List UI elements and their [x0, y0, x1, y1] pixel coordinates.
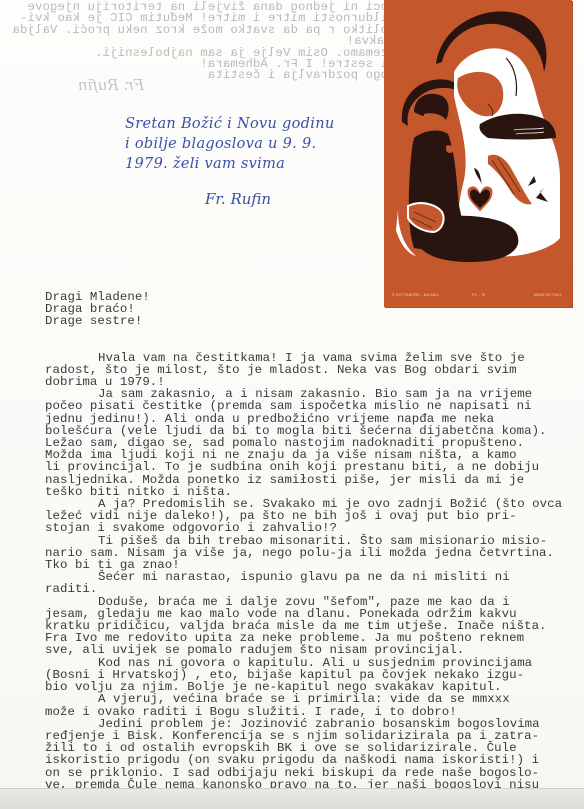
- letter-line: nasljednika. Možda ponetko iz samiłosti …: [45, 474, 575, 486]
- letter-paragraph: Šećer mi narastao, ispunio glavu pa ne d…: [45, 571, 575, 595]
- typed-letter: Dragi Mladene! Draga braćo! Drage sestre…: [45, 291, 575, 791]
- letter-line: počeo pisati čestitke (premda sam ispoče…: [45, 400, 575, 412]
- handwritten-greeting: Sretan Božić i Novu godinu i obilje blag…: [125, 114, 385, 174]
- letter-line: A vjeruj, većina braće se i primirila: v…: [45, 693, 575, 705]
- letter-line: Šećer mi narastao, ispunio glavu pa ne d…: [45, 571, 575, 583]
- letter-paragraph: Ti pišeš da bih trebao misonariti. Što s…: [45, 535, 575, 572]
- letter-paragraph: Doduše, braća me i dalje zovu "šefom", p…: [45, 596, 575, 657]
- letter-line: stojan i svakome odgovorio i zahvalio!?: [45, 522, 575, 534]
- letter-paragraph: Kod nas ni govora o kapitulu. Ali u susj…: [45, 657, 575, 694]
- handwritten-line: Sretan Božić i Novu godinu: [125, 114, 385, 134]
- letter-line: iskoristio prigodu (on svaku prigodu da …: [45, 754, 575, 766]
- letter-paragraph: Ja sam zakasnio, a i nisam zakasnio. Bio…: [45, 388, 575, 498]
- letter-body: Hvala vam na čestitkama! I ja vama svima…: [45, 352, 575, 791]
- bleed-through-line: olitko r pa da svatko može kroz neku pro…: [0, 25, 388, 36]
- holy-card: © SOTTANORE - MILANO FC - 76 MADE IN ITA…: [384, 0, 572, 307]
- bleed-through-signature: Fr. Rufin: [78, 76, 144, 94]
- letter-line: sve, ali uvijek se pomalo radujem što ni…: [45, 644, 575, 656]
- letter-paragraph: Jedini problem je: Jozinović zabranio bo…: [45, 718, 575, 791]
- letter-line: on se priklonio. I sad odbijaju neki bis…: [45, 767, 575, 779]
- letter-line: raditi.: [45, 583, 575, 595]
- letter-line: može i ovako raditi i Bogu služiti. I ra…: [45, 706, 575, 718]
- letter-paragraph: A ja? Predomislih se. Svakako mi je ovo …: [45, 498, 575, 535]
- salutation-line: Drage sestre!: [45, 315, 575, 327]
- letter-line: Hvala vam na čestitkama! I ja vama svima…: [45, 352, 575, 364]
- handwritten-line: i obilje blagoslova u 9. 9.: [125, 134, 385, 154]
- bleed-through-line: ogo pozdravlja i čestita: [0, 70, 388, 81]
- letter-paragraph: A vjeruj, većina braće se i primirila: v…: [45, 693, 575, 717]
- letter-line: jednu jedinu!). Ali onda u predbožićno v…: [45, 413, 575, 425]
- paper-edge: [0, 788, 584, 809]
- bleed-through-text: oci ni jednog dana živjeli na teritoriju…: [0, 2, 388, 82]
- handwritten-line: 1979. želi vam svima: [125, 154, 385, 174]
- letter-paragraph: Hvala vam na čestitkama! I ja vama svima…: [45, 352, 575, 389]
- madonna-and-child-illustration: [384, 0, 572, 307]
- letter-line: li provincijal. To je sudbina onih koji …: [45, 461, 575, 473]
- handwritten-signature: Fr. Rufin: [205, 190, 271, 208]
